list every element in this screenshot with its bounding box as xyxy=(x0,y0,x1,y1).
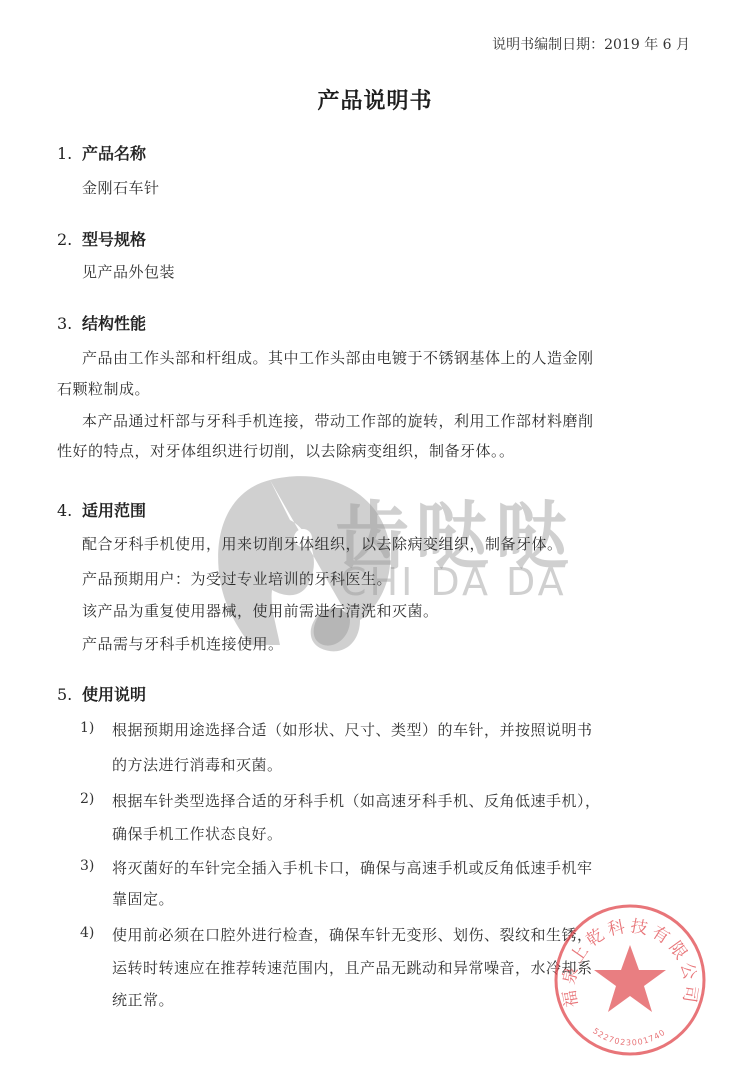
section-line: 产品由工作头部和杆组成。其中工作头部由电镀于不锈钢基体上的人造金刚 xyxy=(82,347,594,368)
section-line: 本产品通过杆部与牙科手机连接，带动工作部的旋转，利用工作部材料磨削 xyxy=(82,410,594,431)
section-line: 石颗粒制成。 xyxy=(57,378,150,399)
section-line: 该产品为重复使用器械，使用前需进行清洗和灭菌。 xyxy=(82,600,439,621)
section-title: 产品名称 xyxy=(82,144,146,163)
section-heading-model-spec: 2.型号规格 xyxy=(57,227,146,250)
section-heading-scope: 4.适用范围 xyxy=(57,498,146,521)
section-number: 3. xyxy=(57,314,82,333)
list-marker: 4) xyxy=(80,925,94,941)
list-item-line: 根据预期用途选择合适（如形状、尺寸、类型）的车针，并按照说明书 xyxy=(112,719,593,740)
section-line: 见产品外包装 xyxy=(82,261,175,282)
section-line: 金刚石车针 xyxy=(82,177,160,198)
section-line: 性好的特点，对牙体组织进行切削，以去除病变组织，制备牙体。。 xyxy=(57,440,515,461)
section-title: 使用说明 xyxy=(82,685,146,704)
list-item-line: 靠固定。 xyxy=(112,888,174,909)
compile-date: 说明书编制日期：2019 年 6 月 xyxy=(492,34,690,54)
section-number: 2. xyxy=(57,230,82,249)
section-number: 5. xyxy=(57,685,82,704)
elephant-logo-icon xyxy=(210,470,420,660)
section-number: 1. xyxy=(57,144,82,163)
list-marker: 1) xyxy=(80,720,94,736)
list-item-line: 的方法进行消毒和灭菌。 xyxy=(112,754,283,775)
section-number: 4. xyxy=(57,501,82,520)
document-title: 产品说明书 xyxy=(0,84,750,115)
list-item-line: 统正常。 xyxy=(112,989,174,1010)
section-line: 配合牙科手机使用，用来切削牙体组织，以去除病变组织，制备牙体。 xyxy=(82,533,563,554)
svg-text:5227023001740: 5227023001740 xyxy=(591,1026,667,1047)
list-marker: 3) xyxy=(80,858,94,874)
section-title: 型号规格 xyxy=(82,230,146,249)
section-title: 适用范围 xyxy=(82,501,146,520)
section-heading-structure: 3.结构性能 xyxy=(57,311,146,334)
section-heading-instructions: 5.使用说明 xyxy=(57,682,146,705)
section-title: 结构性能 xyxy=(82,314,146,333)
section-line: 产品预期用户：为受过专业培训的牙科医生。 xyxy=(82,568,392,589)
list-marker: 2) xyxy=(80,791,94,807)
list-item-line: 将灭菌好的车针完全插入手机卡口，确保与高速手机或反角低速手机牢 xyxy=(112,857,593,878)
list-item-line: 确保手机工作状态良好。 xyxy=(112,823,283,844)
section-heading-product-name: 1.产品名称 xyxy=(57,141,146,164)
star-icon xyxy=(594,945,666,1012)
list-item-line: 根据车针类型选择合适的牙科手机（如高速牙科手机、反角低速手机）， xyxy=(112,790,601,811)
list-item-line: 使用前必须在口腔外进行检查，确保车针无变形、划伤、裂纹和生锈， xyxy=(112,924,593,945)
list-item-line: 运转时转速应在推荐转速范围内，且产品无跳动和异常噪音，水冷却系 xyxy=(112,957,593,978)
section-line: 产品需与牙科手机连接使用。 xyxy=(82,633,284,654)
